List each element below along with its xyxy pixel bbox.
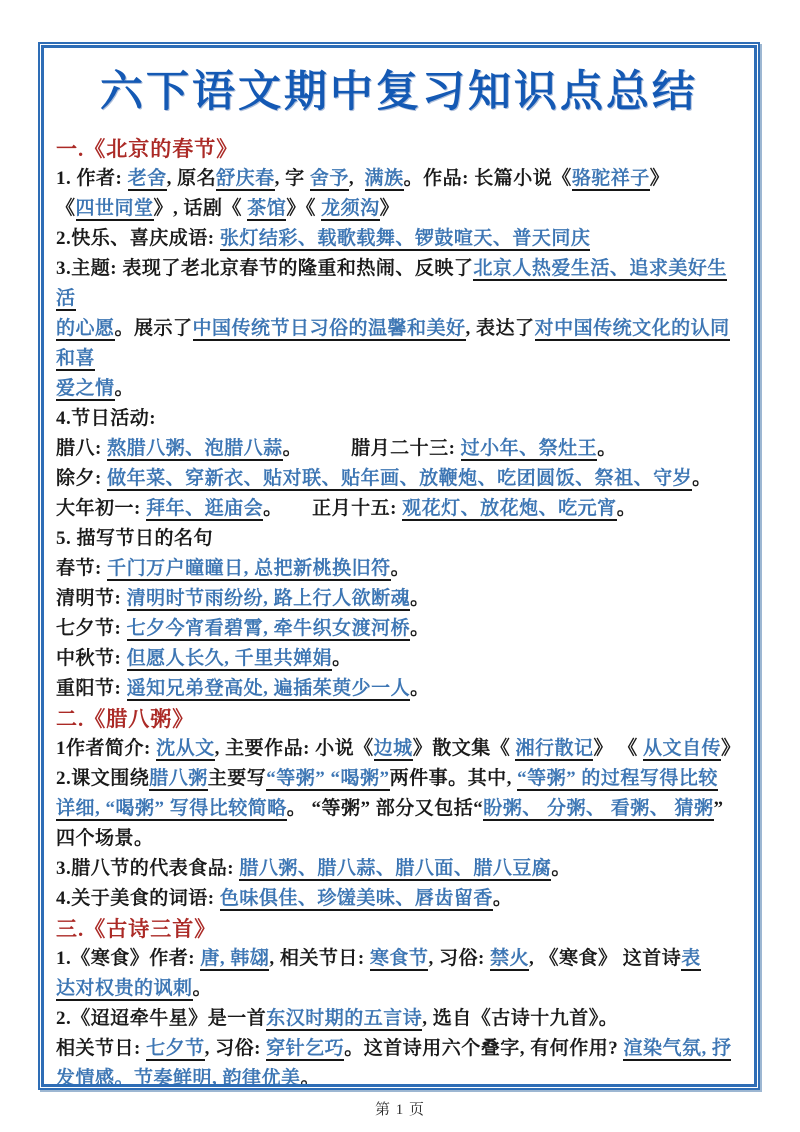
text-run: 2.课文围绕: [56, 768, 149, 789]
answer-run: 七夕今宵看碧霄, 牵牛织女渡河桥: [127, 618, 411, 641]
text-line: 3.主题: 表现了老北京春节的隆重和热闹、反映了北京人热爱生活、追求美好生活: [56, 254, 742, 314]
answer-run: 熬腊八粥、泡腊八蒜: [107, 438, 283, 461]
answer-run: 四世同堂: [76, 198, 154, 221]
text-line: 春节: 千门万户曈曈日, 总把新桃换旧符。: [56, 554, 742, 584]
text-run: 。: [301, 1068, 321, 1087]
answer-run: 寒食节: [370, 948, 429, 971]
text-line: 相关节日: 七夕节, 习俗: 穿针乞巧。这首诗用六个叠字, 有何作用? 渲染气氛…: [56, 1034, 742, 1064]
answer-run: 穿针乞巧: [266, 1038, 344, 1061]
text-run: 4.节日活动:: [56, 408, 156, 429]
text-line: 除夕: 做年菜、穿新衣、贴对联、贴年画、放鞭炮、吃团圆饭、祭祖、守岁。: [56, 464, 742, 494]
answer-run: 拜年、逛庙会: [146, 498, 263, 521]
text-run: 。: [692, 468, 712, 489]
text-run: 。: [115, 378, 135, 399]
text-run: 1. 作者:: [56, 168, 128, 189]
text-run: ,: [349, 168, 365, 189]
answer-run: “等粥” 的过程写得比较: [517, 768, 718, 791]
text-run: , 习俗:: [428, 948, 490, 969]
text-line: 四个场景。: [56, 824, 742, 854]
text-run: , 表达了: [466, 318, 535, 339]
text-line: 爱之情。: [56, 374, 742, 404]
text-run: 5. 描写节日的名句: [56, 528, 213, 549]
answer-run: 爱之情: [56, 378, 115, 401]
text-line: 4.关于美食的词语: 色味俱佳、珍馐美味、唇齿留香。: [56, 884, 742, 914]
text-run: 1.《寒食》作者:: [56, 948, 200, 969]
answer-run: 做年菜、穿新衣、贴对联、贴年画、放鞭炮、吃团圆饭、祭祖、守岁: [107, 468, 692, 491]
text-run: 两件事。其中,: [390, 768, 518, 789]
text-line: 发情感。节奏鲜明, 韵律优美。: [56, 1064, 742, 1087]
text-run: 除夕:: [56, 468, 107, 489]
text-line: 4.节日活动:: [56, 404, 742, 434]
text-run: , 相关节日:: [269, 948, 370, 969]
document-page: 六下语文期中复习知识点总结 一.《北京的春节》1. 作者: 老舍, 原名舒庆春,…: [0, 0, 800, 1132]
text-run: 3.腊八节的代表食品:: [56, 858, 239, 879]
text-run: 腊八:: [56, 438, 107, 459]
text-run: 一.《北京的春节》: [56, 137, 238, 161]
answer-run: 观花灯、放花炮、吃元宵: [402, 498, 617, 521]
text-line: 中秋节: 但愿人长久, 千里共婵娟。: [56, 644, 742, 674]
answer-run: 达对权贵的讽刺: [56, 978, 193, 1001]
text-run: 4.关于美食的词语:: [56, 888, 220, 909]
text-line: 1.《寒食》作者: 唐, 韩翃, 相关节日: 寒食节, 习俗: 禁火, 《寒食》…: [56, 944, 742, 974]
text-run: 《: [56, 198, 76, 219]
text-run: ”: [714, 798, 724, 819]
text-run: 清明节:: [56, 588, 127, 609]
text-run: , 字: [275, 168, 310, 189]
text-run: 七夕节:: [56, 618, 127, 639]
section-heading: 三.《古诗三首》: [56, 914, 742, 944]
answer-run: 东汉时期的五言诗: [266, 1008, 422, 1031]
text-run: 》散文集《: [413, 738, 516, 759]
answer-run: 渲染气氛, 抒: [623, 1038, 731, 1061]
text-line: 腊八: 熬腊八粥、泡腊八蒜。 腊月二十三: 过小年、祭灶王。: [56, 434, 742, 464]
answer-run: 龙须沟: [321, 198, 380, 221]
answer-run: 舒庆春: [216, 168, 275, 191]
text-run: 。: [410, 618, 430, 639]
text-line: 《四世同堂》, 话剧《 茶馆》《 龙须沟》: [56, 194, 742, 224]
answer-run: 的心愿: [56, 318, 115, 341]
text-run: 。: [193, 978, 213, 999]
text-run: 》: [650, 168, 670, 189]
answer-run: 沈从文: [156, 738, 215, 761]
text-run: 。: [493, 888, 513, 909]
answer-run: 老舍: [128, 168, 167, 191]
text-line: 1. 作者: 老舍, 原名舒庆春, 字 舍予, 满族。作品: 长篇小说《骆驼祥子…: [56, 164, 742, 194]
text-run: 。: [332, 648, 352, 669]
answer-run: “等粥” “喝粥”: [266, 768, 389, 791]
text-run: , 《寒食》 这首诗: [529, 948, 681, 969]
outer-border-frame: 六下语文期中复习知识点总结 一.《北京的春节》1. 作者: 老舍, 原名舒庆春,…: [38, 42, 760, 1090]
text-run: 。 腊月二十三:: [283, 438, 461, 459]
text-line: 的心愿。展示了中国传统节日习俗的温馨和美好, 表达了对中国传统文化的认同和喜: [56, 314, 742, 374]
text-run: , 习俗:: [205, 1038, 267, 1059]
inner-border-frame: 六下语文期中复习知识点总结 一.《北京的春节》1. 作者: 老舍, 原名舒庆春,…: [41, 45, 757, 1087]
text-run: 。: [391, 558, 411, 579]
text-line: 2.《迢迢牵牛星》是一首东汉时期的五言诗, 选自《古诗十九首》。: [56, 1004, 742, 1034]
text-run: 》《: [286, 198, 321, 219]
answer-run: 清明时节雨纷纷, 路上行人欲断魂: [127, 588, 411, 611]
text-run: 》 《: [593, 738, 643, 759]
answer-run: 满族: [365, 168, 404, 191]
text-run: 》: [380, 198, 400, 219]
page-number: 第 1 页: [0, 1098, 800, 1119]
text-line: 5. 描写节日的名句: [56, 524, 742, 554]
answer-run: 七夕节: [146, 1038, 205, 1061]
answer-run: 茶馆: [247, 198, 286, 221]
text-run: 主要写: [208, 768, 267, 789]
answer-run: 盼粥、 分粥、 看粥、 猜粥: [483, 798, 713, 821]
text-line: 清明节: 清明时节雨纷纷, 路上行人欲断魂。: [56, 584, 742, 614]
answer-run: 边城: [374, 738, 413, 761]
text-run: 四个场景。: [56, 828, 154, 849]
text-run: 三.《古诗三首》: [56, 917, 216, 941]
text-line: 详细, “喝粥” 写得比较简略。 “等粥” 部分又包括“盼粥、 分粥、 看粥、 …: [56, 794, 742, 824]
answer-run: 骆驼祥子: [572, 168, 650, 191]
answer-run: 色味俱佳、珍馐美味、唇齿留香: [220, 888, 493, 911]
text-line: 七夕节: 七夕今宵看碧霄, 牵牛织女渡河桥。: [56, 614, 742, 644]
answer-run: 详细, “喝粥” 写得比较简略: [56, 798, 287, 821]
text-line: 1作者简介: 沈从文, 主要作品: 小说《边城》散文集《 湘行散记》 《 从文自…: [56, 734, 742, 764]
answer-run: 禁火: [490, 948, 529, 971]
text-run: 。: [410, 678, 430, 699]
answer-run: 遥知兄弟登高处, 遍插茱萸少一人: [127, 678, 411, 701]
text-run: 。展示了: [115, 318, 193, 339]
text-run: 。 “等粥” 部分又包括“: [287, 798, 484, 819]
text-line: 3.腊八节的代表食品: 腊八粥、腊八蒜、腊八面、腊八豆腐。: [56, 854, 742, 884]
answer-run: 表: [681, 948, 701, 971]
text-line: 2.课文围绕腊八粥主要写“等粥” “喝粥”两件事。其中, “等粥” 的过程写得比…: [56, 764, 742, 794]
text-line: 大年初一: 拜年、逛庙会。 正月十五: 观花灯、放花炮、吃元宵。: [56, 494, 742, 524]
text-run: 3.主题: 表现了老北京春节的隆重和热闹、反映了: [56, 258, 473, 279]
text-run: , 选自《古诗十九首》。: [422, 1008, 618, 1029]
section-heading: 二.《腊八粥》: [56, 704, 742, 734]
text-run: 。: [551, 858, 571, 879]
text-run: 。 正月十五:: [263, 498, 402, 519]
text-run: 。这首诗用六个叠字, 有何作用?: [344, 1038, 623, 1059]
answer-run: 张灯结彩、载歌载舞、锣鼓喧天、普天同庆: [220, 228, 591, 251]
text-run: 2.快乐、喜庆成语:: [56, 228, 220, 249]
text-run: 二.《腊八粥》: [56, 707, 194, 731]
text-run: 相关节日:: [56, 1038, 146, 1059]
answer-run: 发情感。节奏鲜明, 韵律优美: [56, 1068, 301, 1087]
text-run: 》: [721, 738, 741, 759]
page-title: 六下语文期中复习知识点总结: [54, 62, 744, 124]
text-run: 。作品: 长篇小说《: [404, 168, 572, 189]
answer-run: 但愿人长久, 千里共婵娟: [127, 648, 333, 671]
text-run: 大年初一:: [56, 498, 146, 519]
answer-run: 舍予: [310, 168, 349, 191]
answer-run: 过小年、祭灶王: [461, 438, 598, 461]
text-line: 2.快乐、喜庆成语: 张灯结彩、载歌载舞、锣鼓喧天、普天同庆: [56, 224, 742, 254]
text-run: 。: [617, 498, 637, 519]
text-run: 春节:: [56, 558, 107, 579]
text-line: 达对权贵的讽刺。: [56, 974, 742, 1004]
content-lines: 一.《北京的春节》1. 作者: 老舍, 原名舒庆春, 字 舍予, 满族。作品: …: [54, 134, 744, 1087]
text-run: 2.《迢迢牵牛星》是一首: [56, 1008, 266, 1029]
answer-run: 湘行散记: [515, 738, 593, 761]
text-line: 重阳节: 遥知兄弟登高处, 遍插茱萸少一人。: [56, 674, 742, 704]
text-run: 中秋节:: [56, 648, 127, 669]
text-run: 。: [410, 588, 430, 609]
text-run: 重阳节:: [56, 678, 127, 699]
answer-run: 腊八粥: [149, 768, 208, 791]
text-run: 1作者简介:: [56, 738, 156, 759]
answer-run: 唐, 韩翃: [200, 948, 269, 971]
answer-run: 从文自传: [643, 738, 721, 761]
text-run: , 主要作品: 小说《: [215, 738, 374, 759]
text-run: 》, 话剧《: [154, 198, 248, 219]
answer-run: 中国传统节日习俗的温馨和美好: [193, 318, 466, 341]
text-run: 。: [597, 438, 617, 459]
answer-run: 腊八粥、腊八蒜、腊八面、腊八豆腐: [239, 858, 551, 881]
answer-run: 千门万户曈曈日, 总把新桃换旧符: [107, 558, 391, 581]
section-heading: 一.《北京的春节》: [56, 134, 742, 164]
text-run: , 原名: [167, 168, 217, 189]
